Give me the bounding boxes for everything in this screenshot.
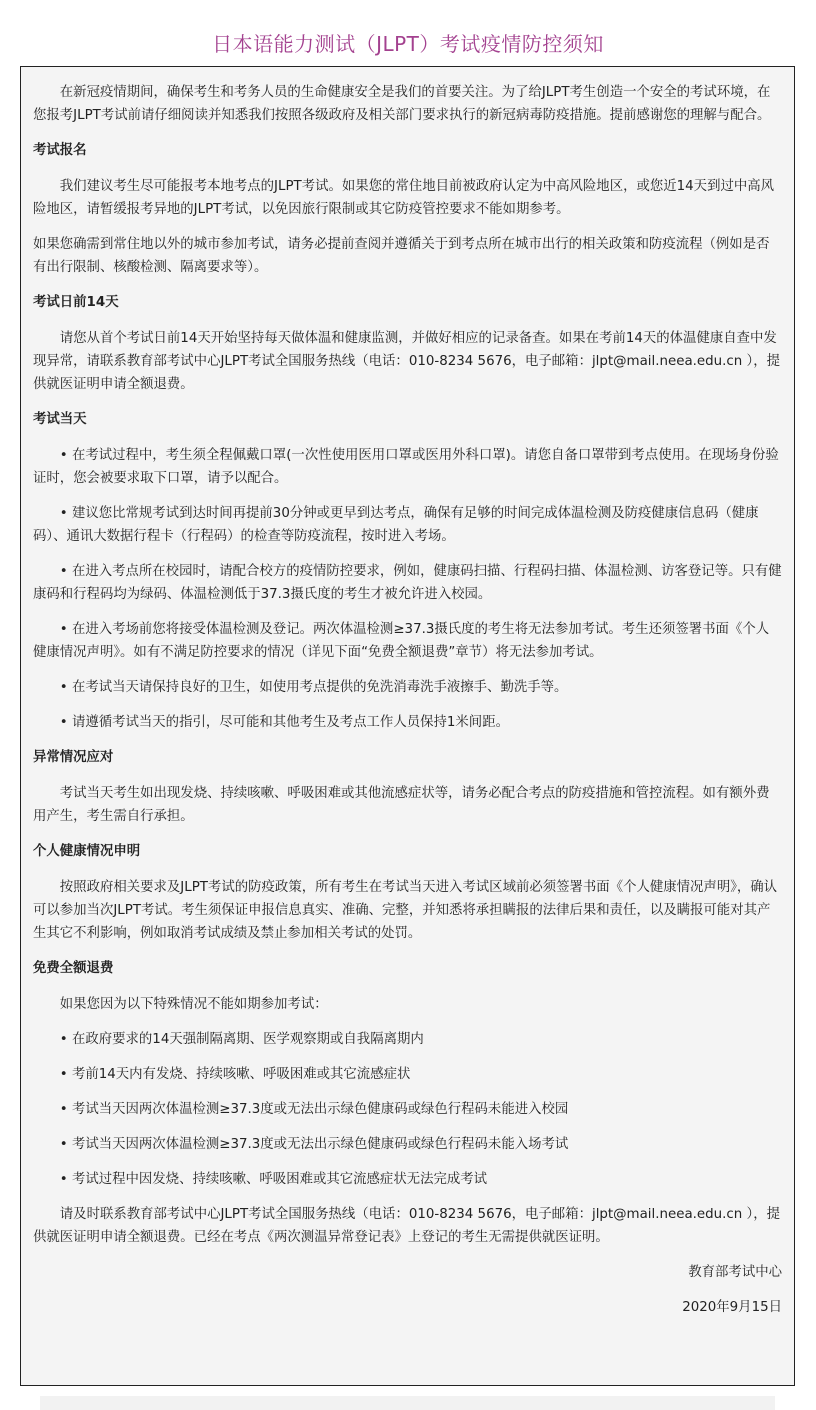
examday-bullet: • 在进入考场前您将接受体温检测及登记。两次体温检测≥37.3摄氏度的考生将无法…	[33, 618, 782, 664]
examday-bullet: • 建议您比常规考试到达时间再提前30分钟或更早到达考点，确保有足够的时间完成体…	[33, 502, 782, 548]
notice-box: 在新冠疫情期间，确保考生和考务人员的生命健康安全是我们的首要关注。为了给JLPT…	[20, 66, 795, 1386]
section-heading-abnormal: 异常情况应对	[33, 746, 782, 769]
section-heading-before14: 考试日前14天	[33, 291, 782, 314]
registration-paragraph-2: 如果您确需到常住地以外的城市参加考试，请务必提前查阅并遵循关于到考点所在城市出行…	[33, 233, 782, 279]
section-heading-refund: 免费全额退费	[33, 957, 782, 980]
refund-contact: 请及时联系教育部考试中心JLPT考试全国服务热线（电话：010-8234 567…	[33, 1203, 782, 1249]
before14-paragraph: 请您从首个考试日前14天开始坚持每天做体温和健康监测，并做好相应的记录备查。如果…	[33, 327, 782, 396]
refund-bullet: • 考试过程中因发烧、持续咳嗽、呼吸困难或其它流感症状无法完成考试	[33, 1168, 782, 1191]
examday-bullet: • 在考试过程中，考生须全程佩戴口罩(一次性使用医用口罩或医用外科口罩)。请您自…	[33, 444, 782, 490]
examday-bullet: • 请遵循考试当天的指引，尽可能和其他考生及考点工作人员保持1米间距。	[33, 711, 782, 734]
declaration-paragraph: 按照政府相关要求及JLPT考试的防疫政策，所有考生在考试当天进入考试区域前必须签…	[33, 876, 782, 945]
refund-bullet: • 在政府要求的14天强制隔离期、医学观察期或自我隔离期内	[33, 1028, 782, 1051]
registration-paragraph-1: 我们建议考生尽可能报考本地考点的JLPT考试。如果您的常住地目前被政府认定为中高…	[33, 175, 782, 221]
refund-bullet: • 考试当天因两次体温检测≥37.3度或无法出示绿色健康码或绿色行程码未能入场考…	[33, 1133, 782, 1156]
page-title: 日本语能力测试（JLPT）考试疫情防控须知	[0, 28, 816, 57]
bottom-strip	[40, 1396, 775, 1410]
refund-bullet: • 考前14天内有发烧、持续咳嗽、呼吸困难或其它流感症状	[33, 1063, 782, 1086]
section-heading-declaration: 个人健康情况申明	[33, 840, 782, 863]
examday-bullet: • 在考试当天请保持良好的卫生，如使用考点提供的免洗消毒洗手液擦手、勤洗手等。	[33, 676, 782, 699]
refund-intro: 如果您因为以下特殊情况不能如期参加考试：	[33, 993, 782, 1016]
signature-org: 教育部考试中心	[33, 1261, 782, 1284]
abnormal-paragraph: 考试当天考生如出现发烧、持续咳嗽、呼吸困难或其他流感症状等，请务必配合考点的防疫…	[33, 782, 782, 828]
examday-bullet: • 在进入考点所在校园时，请配合校方的疫情防控要求，例如，健康码扫描、行程码扫描…	[33, 560, 782, 606]
section-heading-examday: 考试当天	[33, 408, 782, 431]
signature-date: 2020年9月15日	[33, 1296, 782, 1319]
intro-paragraph: 在新冠疫情期间，确保考生和考务人员的生命健康安全是我们的首要关注。为了给JLPT…	[33, 81, 782, 127]
refund-bullet: • 考试当天因两次体温检测≥37.3度或无法出示绿色健康码或绿色行程码未能进入校…	[33, 1098, 782, 1121]
section-heading-registration: 考试报名	[33, 139, 782, 162]
